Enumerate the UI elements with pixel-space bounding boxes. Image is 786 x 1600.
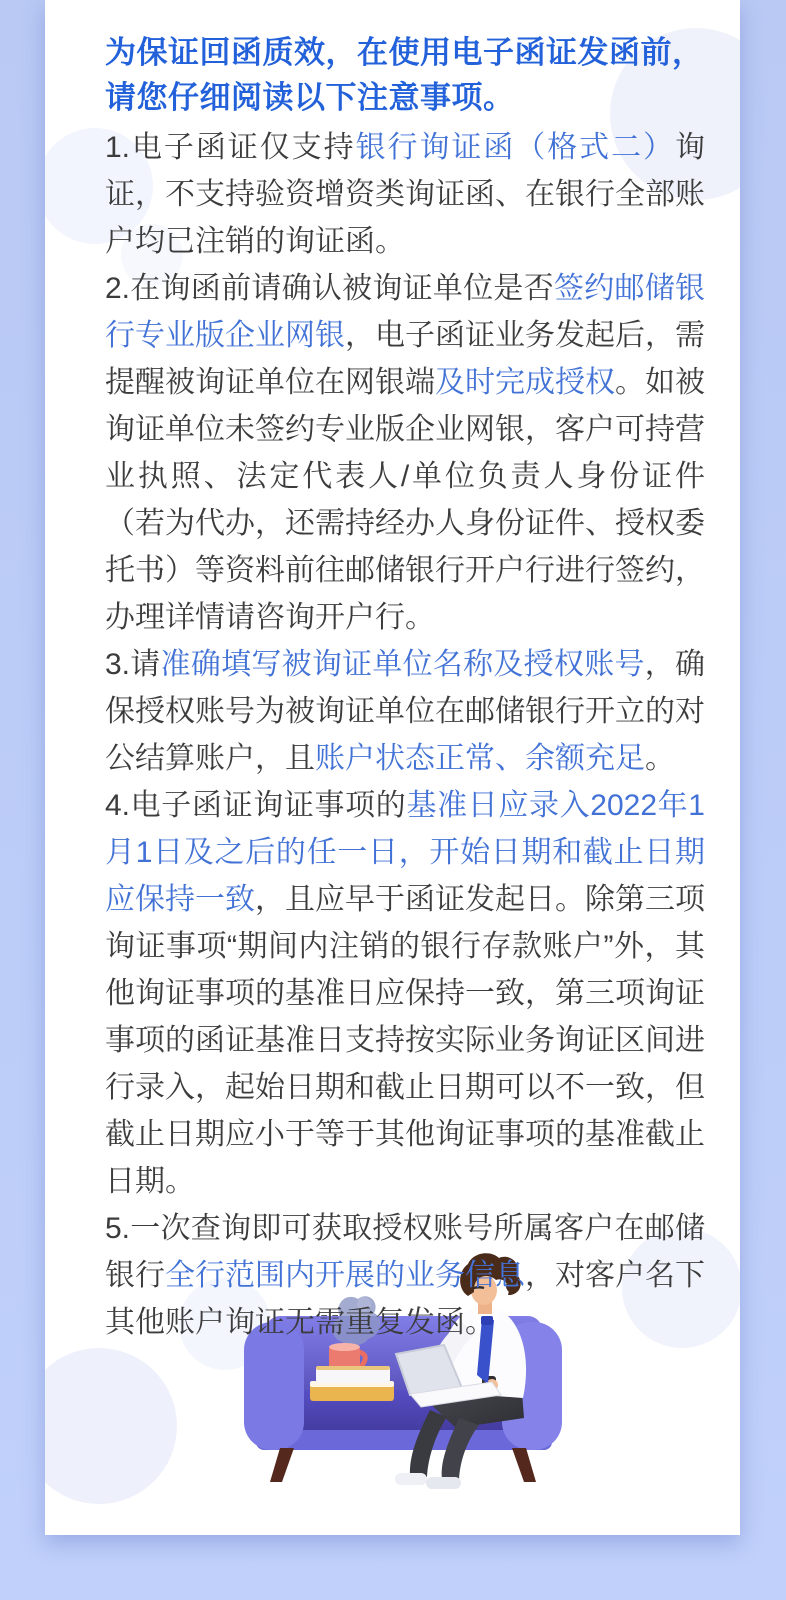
- notice-item: 2.在询函前请确认被询证单位是否签约邮储银行专业版企业网银，电子函证业务发起后，…: [105, 265, 705, 641]
- notice-heading: 为保证回函质效，在使用电子函证发函前，请您仔细阅读以下注意事项。: [105, 30, 705, 120]
- page-background: { "theme": { "page_background": "#bccdf8…: [0, 0, 786, 1600]
- highlight-text: 账户状态正常、余额充足: [315, 742, 645, 775]
- notice-item: 1.电子函证仅支持银行询证函（格式二）询证，不支持验资增资类询证函、在银行全部账…: [105, 124, 705, 265]
- plain-text: 4.电子函证询证事项的: [105, 789, 406, 822]
- plain-text: 。: [645, 742, 675, 775]
- person-shoe: [426, 1477, 461, 1489]
- notice-list: 1.电子函证仅支持银行询证函（格式二）询证，不支持验资增资类询证函、在银行全部账…: [105, 124, 705, 1346]
- couch-leg: [270, 1448, 294, 1482]
- notice-item: 3.请准确填写被询证单位名称及授权账号，确保授权账号为被询证单位在邮储银行开立的…: [105, 641, 705, 782]
- couch-leg: [512, 1448, 536, 1482]
- plain-text: 3.请: [105, 648, 161, 681]
- notice-item: 4.电子函证询证事项的基准日应录入2022年1月1日及之后的任一日，开始日期和截…: [105, 782, 705, 1205]
- decor-circle: [45, 1348, 177, 1504]
- plain-text: 1.电子函证仅支持: [105, 131, 356, 164]
- highlight-text: 银行询证函（格式二）: [356, 131, 675, 164]
- plain-text: ，且应早于函证发起日。除第三项询证事项“期间内注销的银行存款账户”外，其他询证事…: [105, 883, 705, 1198]
- notice-card: 为保证回函质效，在使用电子函证发函前，请您仔细阅读以下注意事项。 1.电子函证仅…: [45, 0, 740, 1535]
- notice-item: 5.一次查询即可获取授权账号所属客户在邮储银行全行范围内开展的业务信息，对客户名…: [105, 1205, 705, 1346]
- plain-text: 。如被询证单位未签约专业版企业网银，客户可持营业执照、法定代表人/单位负责人身份…: [105, 366, 705, 634]
- book-stack: [310, 1366, 394, 1401]
- highlight-text: 全行范围内开展的业务信息: [165, 1259, 525, 1292]
- person-shoe: [395, 1473, 427, 1485]
- highlight-text: 准确填写被询证单位名称及授权账号: [161, 648, 645, 681]
- plain-text: 2.在询函前请确认被询证单位是否: [105, 272, 554, 305]
- highlight-text: 及时完成授权: [435, 366, 615, 399]
